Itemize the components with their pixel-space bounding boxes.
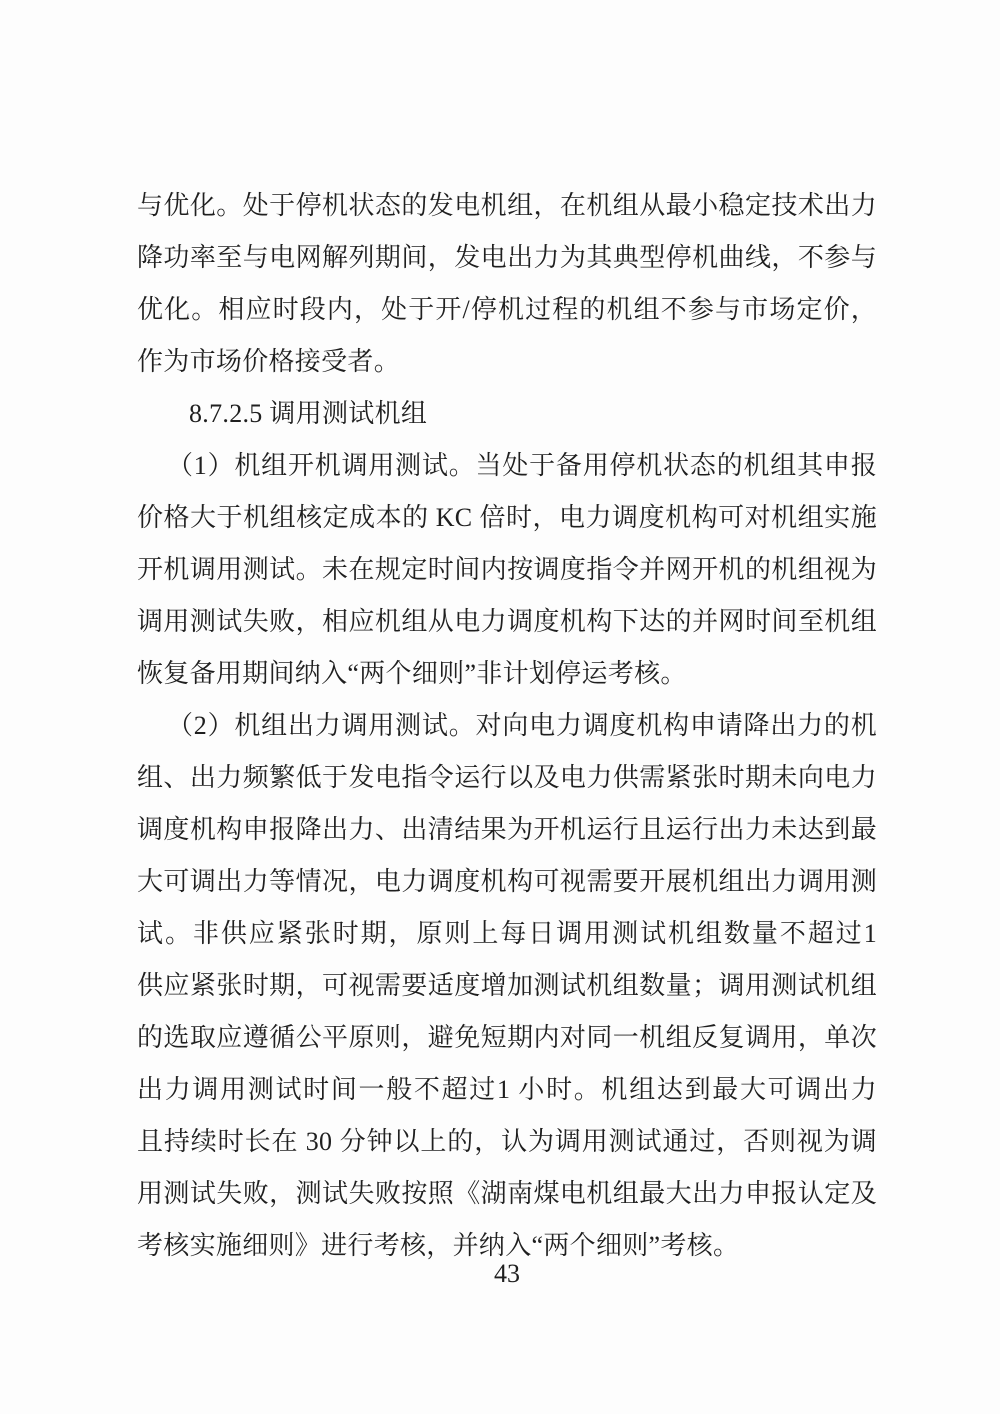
paragraph-item-2: （2）机组出力调用测试。对向电力调度机构申请降出力的机 组、出力频繁低于发电指令…: [137, 700, 877, 1272]
section-heading: 8.7.2.5 调用测试机组: [137, 388, 877, 440]
text-line: （1）机组开机调用测试。当处于备用停机状态的机组其申报: [137, 440, 877, 492]
text-line: 调用测试失败，相应机组从电力调度机构下达的并网时间至机组: [137, 596, 877, 648]
text-line: 用测试失败，测试失败按照《湖南煤电机组最大出力申报认定及: [137, 1168, 877, 1220]
text-line: 价格大于机组核定成本的 KC 倍时，电力调度机构可对机组实施: [137, 492, 877, 544]
page-number: 43: [137, 1248, 877, 1300]
text-line: 出力调用测试时间一般不超过1 小时。机组达到最大可调出力: [137, 1064, 877, 1116]
document-page: 与优化。处于停机状态的发电机组，在机组从最小稳定技术出力 降功率至与电网解列期间…: [0, 0, 1000, 1414]
paragraph-item-1: （1）机组开机调用测试。当处于备用停机状态的机组其申报 价格大于机组核定成本的 …: [137, 440, 877, 700]
text-line: 开机调用测试。未在规定时间内按调度指令并网开机的机组视为: [137, 544, 877, 596]
text-line: 恢复备用期间纳入“两个细则”非计划停运考核。: [137, 648, 877, 700]
text-line: 作为市场价格接受者。: [137, 336, 877, 388]
text-line: 与优化。处于停机状态的发电机组，在机组从最小稳定技术出力: [137, 180, 877, 232]
text-line: 且持续时长在 30 分钟以上的，认为调用测试通过，否则视为调: [137, 1116, 877, 1168]
text-line: 供应紧张时期，可视需要适度增加测试机组数量；调用测试机组: [137, 960, 877, 1012]
text-line: 调度机构申报降出力、出清结果为开机运行且运行出力未达到最: [137, 804, 877, 856]
text-line: 优化。相应时段内，处于开/停机过程的机组不参与市场定价，: [137, 284, 877, 336]
paragraph-continuation: 与优化。处于停机状态的发电机组，在机组从最小稳定技术出力 降功率至与电网解列期间…: [137, 180, 877, 388]
text-line: 组、出力频繁低于发电指令运行以及电力供需紧张时期未向电力: [137, 752, 877, 804]
text-line: 的选取应遵循公平原则，避免短期内对同一机组反复调用，单次: [137, 1012, 877, 1064]
text-line: （2）机组出力调用测试。对向电力调度机构申请降出力的机: [137, 700, 877, 752]
text-line: 大可调出力等情况，电力调度机构可视需要开展机组出力调用测: [137, 856, 877, 908]
text-line: 降功率至与电网解列期间，发电出力为其典型停机曲线，不参与: [137, 232, 877, 284]
text-line: 试。非供应紧张时期，原则上每日调用测试机组数量不超过1 台，: [137, 908, 877, 960]
page-content: 与优化。处于停机状态的发电机组，在机组从最小稳定技术出力 降功率至与电网解列期间…: [137, 180, 877, 1272]
